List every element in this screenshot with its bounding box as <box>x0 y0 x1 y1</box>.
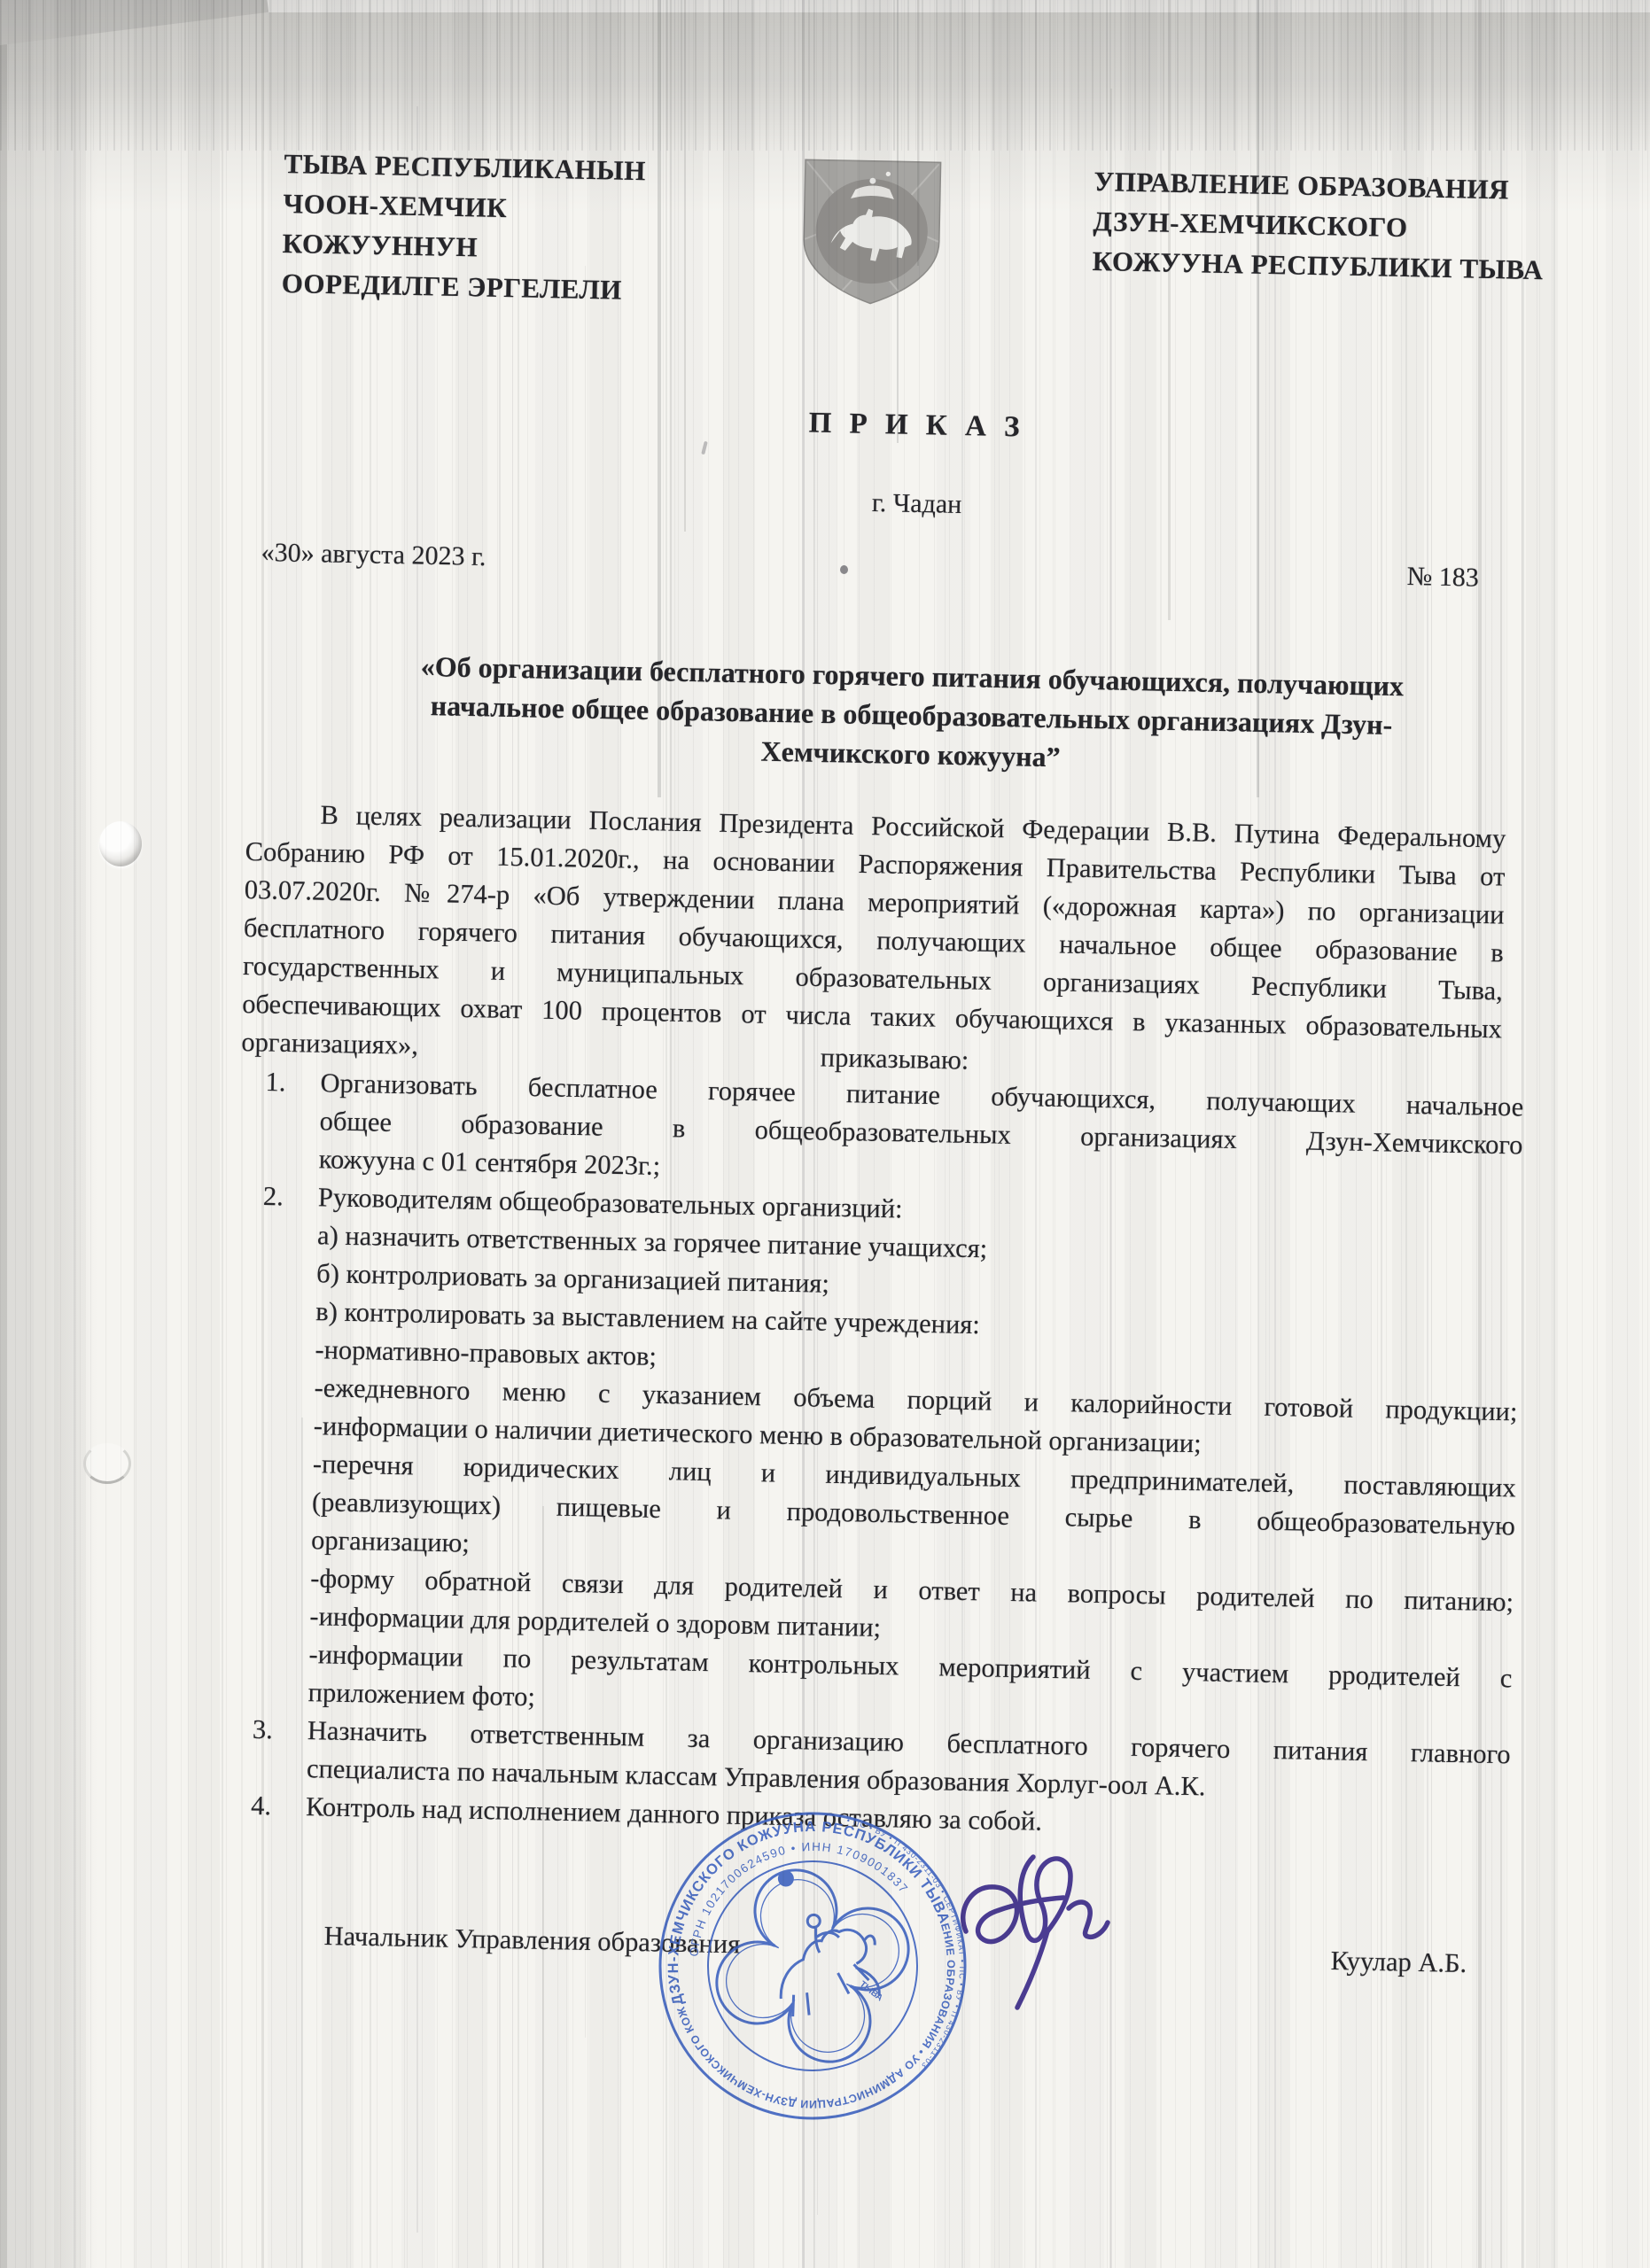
doc-type-heading: П Р И К А З <box>739 406 1094 446</box>
scan-top-shading <box>0 0 1650 151</box>
signatory-name: Куулар А.Б. <box>1330 1946 1467 1979</box>
order-number: № 183 <box>1406 562 1479 594</box>
item-number: 4. <box>251 1787 307 1826</box>
order-title: «Об организации бесплатного горячего пит… <box>290 644 1532 786</box>
item-number: 3. <box>252 1711 307 1750</box>
letterhead-left: ТЫВА РЕСПУБЛИКАНЫН ЧООН-ХЕМЧИК КОЖУУННУН… <box>281 144 710 312</box>
punch-hole <box>99 821 142 866</box>
item-text: Руководителям общеобразовательных органи… <box>307 1178 1522 1736</box>
order-item-2: 2. Руководителям общеобразовательных орг… <box>253 1177 1522 1736</box>
coat-of-arms-icon <box>797 152 946 310</box>
letterhead-right: УПРАВЛЕНИЕ ОБРАЗОВАНИЯ ДЗУН-ХЕМЧИКСКОГО … <box>1092 161 1591 291</box>
scan-speck <box>701 441 708 455</box>
stamp-top-dot <box>776 1868 796 1888</box>
handwritten-signature <box>955 1850 1132 2027</box>
letterhead-left-line: ООРЕДИЛГЕ ЭРГЕЛЕЛИ <box>281 263 707 312</box>
order-items: 1. Организовать бесплатное горячее питан… <box>251 1063 1524 1850</box>
stamp-horse-rider-figure <box>760 1899 891 2023</box>
scan-page-edge <box>0 0 269 51</box>
city-line: г. Чадан <box>739 485 1094 523</box>
scan-speck <box>840 565 848 574</box>
scan-streak <box>1522 266 1524 2268</box>
punch-hole <box>83 1443 131 1484</box>
scanned-order-page: ТЫВА РЕСПУБЛИКАНЫН ЧООН-ХЕМЧИК КОЖУУННУН… <box>0 0 1650 2268</box>
letterhead-left-line: ЧООН-ХЕМЧИК КОЖУУННУН <box>282 183 709 272</box>
item-number: 1. <box>265 1063 321 1102</box>
date-line: «30» августа 2023 г. <box>261 538 486 572</box>
scan-streak <box>1168 0 1171 620</box>
item-number: 2. <box>263 1177 319 1216</box>
